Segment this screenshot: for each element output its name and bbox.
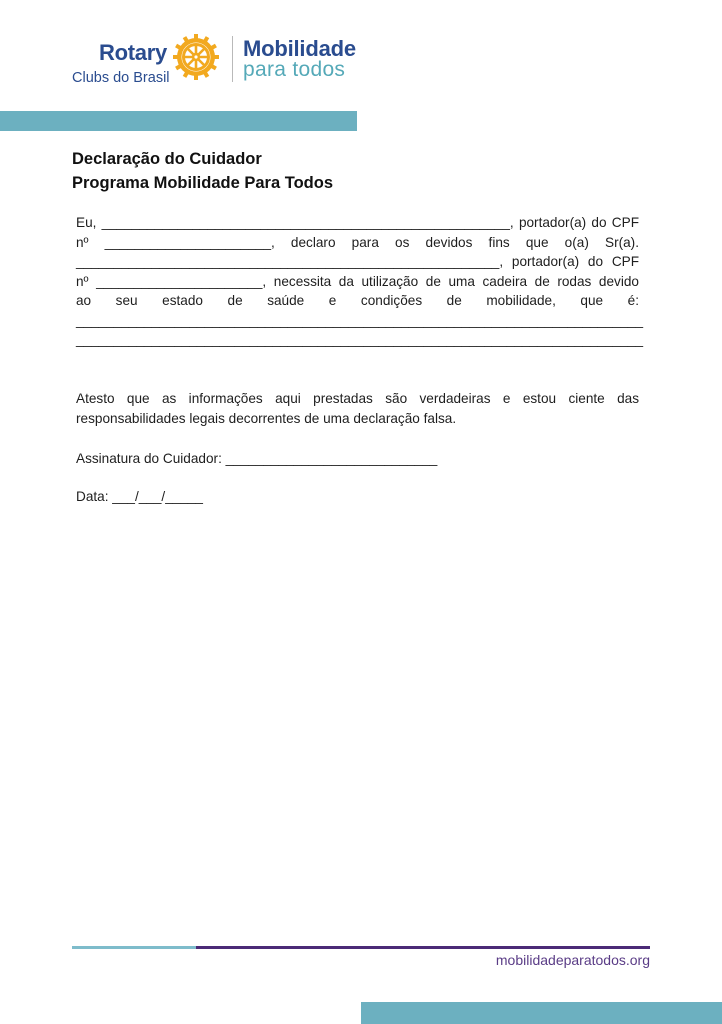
- declaration-paragraph: Eu, ____________________________________…: [76, 213, 639, 350]
- program-logo-subtitle: para todos: [243, 58, 345, 82]
- declaration-line: Eu, ____________________________________…: [76, 213, 639, 233]
- footer-divider-purple: [196, 946, 650, 949]
- title-line-1: Declaração do Cuidador: [72, 147, 333, 171]
- document-title: Declaração do Cuidador Programa Mobilida…: [72, 147, 333, 195]
- condition-blank-line: ________________________________________…: [76, 311, 639, 331]
- attestation-line: responsabilidades legais decorrentes de …: [76, 409, 639, 429]
- header-logos: Rotary Clubs do Brasil: [70, 30, 390, 90]
- date-field: Data: ___/___/_____: [76, 487, 639, 507]
- date-blank: ___/___/_____: [112, 489, 203, 504]
- declaration-line: ao seu estado de saúde e condições de mo…: [76, 291, 639, 311]
- signature-field: Assinatura do Cuidador: ________________…: [76, 449, 639, 469]
- declaration-line: nº ______________________, declaro para …: [76, 233, 639, 253]
- date-label: Data:: [76, 489, 109, 504]
- rotary-wheel-icon: [173, 34, 219, 80]
- declaration-line: ________________________________________…: [76, 252, 639, 272]
- footer-accent-bar: [361, 1002, 722, 1024]
- signature-label: Assinatura do Cuidador:: [76, 451, 222, 466]
- declaration-line: nº ______________________, necessita da …: [76, 272, 639, 292]
- rotary-name: Rotary: [99, 40, 167, 66]
- logo-divider: [232, 36, 233, 82]
- attestation-paragraph: Atesto que as informações aqui prestadas…: [76, 389, 639, 428]
- title-line-2: Programa Mobilidade Para Todos: [72, 171, 333, 195]
- signature-blank: ____________________________: [226, 451, 438, 466]
- rotary-subtitle: Clubs do Brasil: [72, 70, 170, 86]
- condition-blank-line: ________________________________________…: [76, 330, 639, 350]
- footer-divider-teal: [72, 946, 196, 949]
- header-accent-bar: [0, 111, 357, 131]
- footer-website-link[interactable]: mobilidadeparatodos.org: [496, 952, 650, 968]
- attestation-line: Atesto que as informações aqui prestadas…: [76, 389, 639, 409]
